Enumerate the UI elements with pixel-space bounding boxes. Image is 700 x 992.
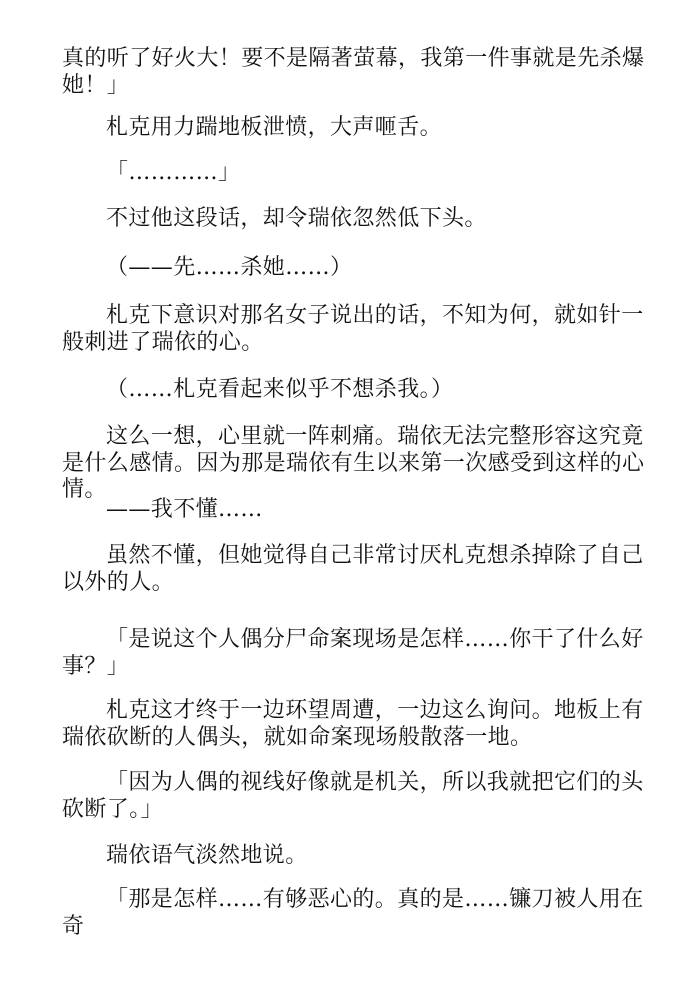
paragraph-4: 不过他这段话，却令瑞依忽然低下头。 bbox=[62, 206, 646, 233]
paragraph-11: 「是说这个人偶分尸命案现场是怎样……你干了什么好事？」 bbox=[62, 627, 646, 680]
paragraph-12: 札克这才终于一边环望周遭，一边这么询问。地板上有瑞依砍断的人偶头，就如命案现场般… bbox=[62, 698, 646, 751]
paragraph-13: 「因为人偶的视线好像就是机关，所以我就把它们的头砍断了。」 bbox=[62, 770, 646, 823]
paragraph-6: 札克下意识对那名女子说出的话，不知为何，就如针一般刺进了瑞依的心。 bbox=[62, 303, 646, 356]
paragraph-1: 真的听了好火大！要不是隔著萤幕，我第一件事就是先杀爆她！」 bbox=[62, 46, 646, 99]
paragraph-10: 虽然不懂，但她觉得自己非常讨厌札克想杀掉除了自己以外的人。 bbox=[62, 543, 646, 596]
paragraph-9: ——我不懂…… bbox=[62, 497, 646, 524]
paragraph-3: 「…………」 bbox=[62, 160, 646, 187]
paragraph-14: 瑞依语气淡然地说。 bbox=[62, 843, 646, 870]
paragraph-15: 「那是怎样……有够恶心的。真的是……镰刀被人用在奇 bbox=[62, 887, 646, 940]
paragraph-2: 札克用力踹地板泄愤，大声咂舌。 bbox=[62, 115, 646, 142]
paragraph-5: （——先……杀她……） bbox=[62, 255, 646, 282]
paragraph-8: 这么一想，心里就一阵刺痛。瑞依无法完整形容这究竟是什么感情。因为那是瑞依有生以来… bbox=[62, 424, 646, 504]
paragraph-7: （……札克看起来似乎不想杀我。） bbox=[62, 377, 646, 404]
